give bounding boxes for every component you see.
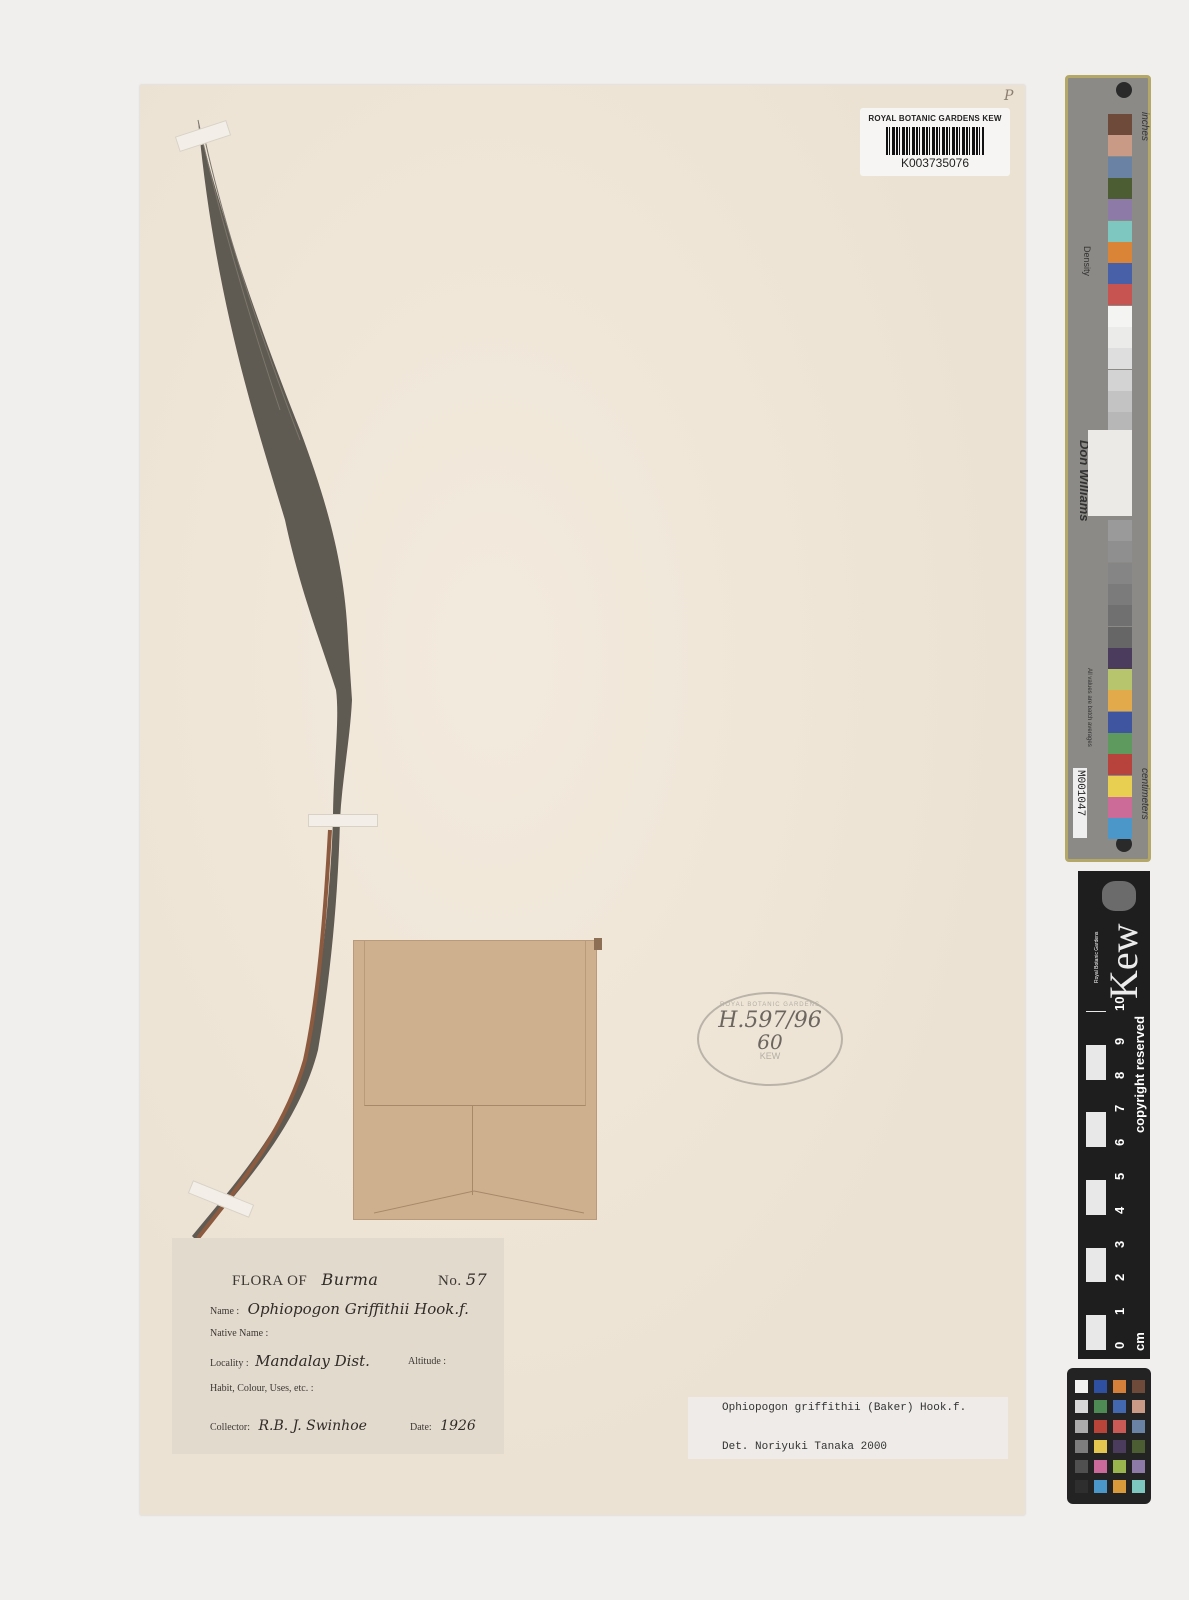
copyright-text: copyright reserved: [1132, 1016, 1147, 1133]
ruler-segment: [1086, 1315, 1106, 1350]
calibration-swatch: [1108, 712, 1132, 733]
calibration-swatch: [1108, 284, 1132, 305]
calibration-swatch: [1108, 178, 1132, 199]
label-heading: FLORA OF Burma: [232, 1270, 378, 1290]
ruler-tick-label: 4: [1112, 1207, 1127, 1214]
ruler-segment: [1086, 1146, 1106, 1181]
stamp-institution: KEW: [699, 1051, 841, 1061]
native-name-label: Native Name :: [210, 1328, 268, 1339]
habit-label: Habit, Colour, Uses, etc. :: [210, 1383, 313, 1394]
mounting-tape: [308, 814, 378, 827]
color-card-swatch: [1132, 1480, 1145, 1493]
calibration-swatch: [1108, 669, 1132, 690]
ruler-tick-label: 0: [1112, 1342, 1127, 1349]
date-value: 1926: [440, 1418, 476, 1434]
side-note: All values are batch averages: [1086, 668, 1092, 747]
calibration-swatch: [1108, 391, 1132, 412]
ruler-segment: [1086, 1248, 1106, 1283]
name-row: Name : Ophiopogon Griffithii Hook.f.: [210, 1300, 469, 1318]
color-card-swatch: [1132, 1460, 1145, 1473]
determination-label: Ophiopogon griffithii (Baker) Hook.f. De…: [688, 1397, 1008, 1459]
region: Burma: [322, 1270, 379, 1289]
ruler-tick-label: 8: [1112, 1071, 1127, 1078]
color-card-swatch: [1075, 1460, 1088, 1473]
ruler-tick-label: 3: [1112, 1240, 1127, 1247]
color-card-swatch: [1075, 1380, 1088, 1393]
barcode-number: K003735076: [860, 156, 1010, 170]
calibration-swatch: [1108, 199, 1132, 220]
calibration-swatch: [1108, 135, 1132, 156]
cm-ruler: [1086, 1011, 1106, 1349]
calibration-swatch: [1108, 157, 1132, 178]
locality-value: Mandalay Dist.: [255, 1352, 370, 1370]
color-checker-card: [1067, 1368, 1151, 1504]
color-card-swatch: [1113, 1480, 1126, 1493]
calibration-swatch: [1108, 733, 1132, 754]
ruler-tick-label: 6: [1112, 1139, 1127, 1146]
color-card-swatch: [1094, 1460, 1107, 1473]
ruler-tick-label: 10: [1112, 997, 1127, 1011]
calibration-swatch: [1108, 306, 1132, 327]
color-card-swatch: [1094, 1380, 1107, 1393]
number-label: No.: [438, 1273, 462, 1289]
kew-logo: Kew: [1100, 923, 1147, 999]
altitude-label: Altitude :: [408, 1356, 446, 1367]
barcode: [886, 127, 984, 155]
number-value: 57: [466, 1270, 487, 1289]
calibration-swatch: [1108, 541, 1132, 562]
color-card-swatch: [1132, 1440, 1145, 1453]
herbarium-stamp: ROYAL BOTANIC GARDENS H.597/96 60 KEW: [697, 992, 843, 1086]
name-label: Name :: [210, 1306, 239, 1317]
ruler-tick-label: 5: [1112, 1173, 1127, 1180]
color-card-swatch: [1094, 1440, 1107, 1453]
color-card-swatch: [1113, 1420, 1126, 1433]
calibration-swatch: [1108, 242, 1132, 263]
name-value: Ophiopogon Griffithii Hook.f.: [248, 1300, 469, 1318]
calibration-swatch: [1108, 348, 1132, 369]
calibration-swatch: [1108, 797, 1132, 818]
ruler-segment: [1086, 1112, 1106, 1147]
calibration-swatch: [1108, 605, 1132, 626]
ruler-tick-label: 2: [1112, 1274, 1127, 1281]
calibration-swatch: [1108, 818, 1132, 839]
calibration-swatch: [1108, 754, 1132, 775]
calibration-swatch: [1108, 563, 1132, 584]
kew-crest-icon: [1102, 881, 1136, 911]
ruler-segment: [1086, 1214, 1106, 1249]
color-card-swatch: [1132, 1380, 1145, 1393]
ruler-tick-label: 7: [1112, 1105, 1127, 1112]
color-card-swatch: [1113, 1460, 1126, 1473]
calibration-swatch: [1108, 584, 1132, 605]
color-card-swatch: [1113, 1380, 1126, 1393]
collector-value: R.B. J. Swinhoe: [259, 1418, 367, 1434]
ruler-segment: [1086, 1281, 1106, 1316]
calibration-swatch: [1108, 776, 1132, 797]
determined-taxon: Ophiopogon griffithii (Baker) Hook.f.: [722, 1402, 966, 1414]
color-card-swatch: [1113, 1400, 1126, 1413]
color-card-swatch: [1075, 1480, 1088, 1493]
stamp-sub-number: 60: [699, 1033, 841, 1051]
calibration-swatch: [1108, 520, 1132, 541]
calibration-swatch: [1108, 263, 1132, 284]
locality-label: Locality :: [210, 1358, 249, 1369]
color-card-swatch: [1113, 1440, 1126, 1453]
color-card-swatch: [1075, 1440, 1088, 1453]
calibration-swatch: [1108, 114, 1132, 135]
locality-row: Locality : Mandalay Dist.: [210, 1352, 370, 1370]
color-card-swatch: [1075, 1400, 1088, 1413]
date-row: Date: 1926: [410, 1418, 476, 1434]
ruler-segment: [1086, 1011, 1106, 1046]
color-card-swatch: [1094, 1480, 1107, 1493]
color-card-swatch: [1075, 1420, 1088, 1433]
color-card-swatch: [1094, 1400, 1107, 1413]
ruler-tick-label: 1: [1112, 1308, 1127, 1315]
mount-hole: [1116, 82, 1132, 98]
collector-label: Collector:: [210, 1422, 250, 1433]
bar-id-tag: M001047: [1073, 768, 1087, 838]
calibration-swatch: [1108, 327, 1132, 348]
envelope-fold-lines: [354, 941, 596, 1219]
calibration-swatch: [1108, 627, 1132, 648]
color-calibration-bar: inches centimeters Don Williams Density …: [1065, 75, 1151, 862]
institution-name: ROYAL BOTANIC GARDENS KEW: [860, 114, 1010, 123]
label-number: No. 57: [438, 1270, 487, 1290]
determiner: Det. Noriyuki Tanaka 2000: [722, 1441, 887, 1453]
date-label: Date:: [410, 1422, 432, 1433]
color-card-swatch: [1132, 1400, 1145, 1413]
ruler-segment: [1086, 1180, 1106, 1215]
kew-scale-bar: Kew Royal Botanic Gardens copyright rese…: [1078, 871, 1150, 1359]
corner-mark: P: [1004, 88, 1013, 104]
barcode-label: ROYAL BOTANIC GARDENS KEW K003735076: [860, 108, 1010, 176]
target-patch: [1088, 430, 1132, 516]
ruler-tick-label: 9: [1112, 1038, 1127, 1045]
color-card-swatch: [1132, 1420, 1145, 1433]
fragment-envelope: [353, 940, 597, 1220]
calibration-swatch: [1108, 690, 1132, 711]
calibration-swatch: [1108, 221, 1132, 242]
ruler-segment: [1086, 1079, 1106, 1114]
calibration-swatch: [1108, 648, 1132, 669]
inches-label: inches: [1139, 112, 1150, 141]
collection-label: FLORA OF Burma No. 57 Name : Ophiopogon …: [172, 1238, 504, 1454]
heading-prefix: FLORA OF: [232, 1273, 307, 1289]
density-label: Density: [1082, 246, 1092, 276]
color-card-swatch: [1094, 1420, 1107, 1433]
unit-label: cm: [1132, 1332, 1147, 1351]
kew-sublogo: Royal Botanic Gardens: [1094, 932, 1100, 983]
centimeters-label: centimeters: [1139, 768, 1150, 820]
collector-row: Collector: R.B. J. Swinhoe: [210, 1418, 367, 1434]
calibration-swatch: [1108, 370, 1132, 391]
ruler-segment: [1086, 1045, 1106, 1080]
bar-id: M001047: [1074, 770, 1086, 816]
